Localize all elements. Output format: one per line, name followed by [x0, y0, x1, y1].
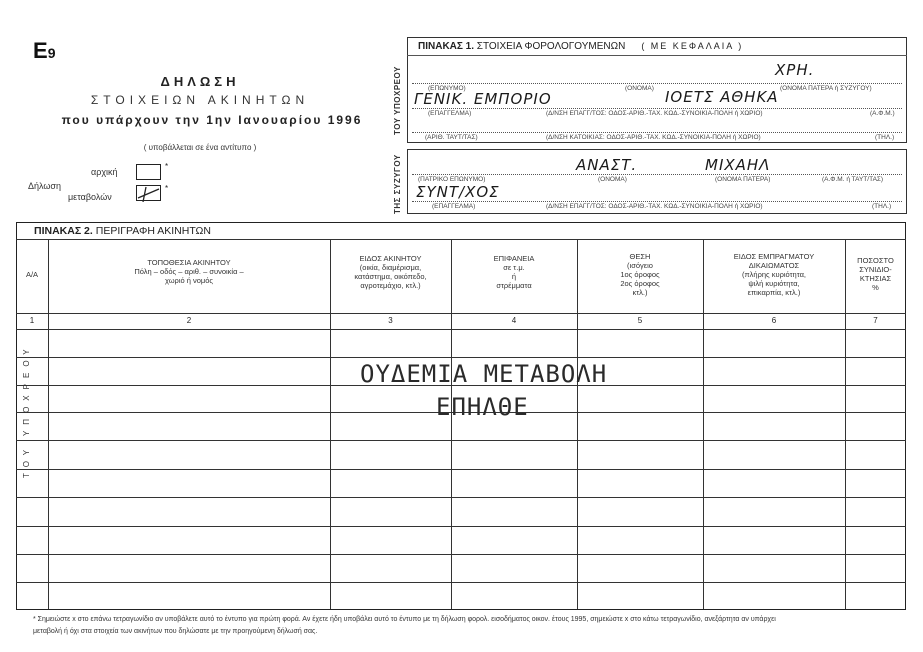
header-line: επικαρπία, κτλ.): [703, 288, 845, 297]
header-line: Πόλη – οδός – αριθ. – συνοικία –: [48, 267, 330, 276]
header-line: σε τ.μ.: [451, 263, 577, 272]
table-row-divider: [16, 554, 906, 555]
caption-name: (ΟΝΟΜΑ): [625, 85, 654, 92]
caption-spouse-name: (ΟΝΟΜΑ): [598, 176, 627, 183]
header-line: ΣΥΝΙΔΙΟ-: [845, 265, 906, 274]
taxpayer-side-label: ΤΟΥ ΥΠΟΧΡΕΟΥ: [393, 66, 402, 135]
column-header-right-type: ΕΙΔΟΣ ΕΜΠΡΑΓΜΑΤΟΥ ΔΙΚΑΙΩΜΑΤΟΣ (πλήρης κυ…: [703, 252, 845, 297]
handwritten-profession[interactable]: ΓΕΝΙΚ. ΕΜΠΟΡΙΟ: [414, 90, 552, 108]
handwritten-spouse-father[interactable]: ΜΙΧΑΗΛ: [705, 156, 770, 174]
header-line: %: [845, 283, 906, 292]
handwritten-address[interactable]: ΙΟΕΤΣ ΑΘΗΚΑ: [665, 88, 779, 106]
submission-note: ( υποβάλλεται σε ένα αντίτυπο ): [0, 143, 400, 152]
table2-title-text: ΠΕΡΙΓΡΑΦΗ ΑΚΙΝΗΤΩΝ: [96, 225, 211, 237]
table1-title: ΠΙΝΑΚΑΣ 1. ΣΤΟΙΧΕΙΑ ΦΟΡΟΛΟΓΟΥΜΕΝΩΝ( ΜΕ Κ…: [418, 41, 743, 52]
handwritten-spouse-profession[interactable]: ΣΥΝΤ/ΧΟΣ: [416, 183, 500, 201]
caption-profession: (ΕΠΑΓΓΕΛΜΑ): [428, 110, 471, 117]
header-line: ΠΟΣΟΣΤΟ: [845, 256, 906, 265]
field-line: [412, 201, 902, 202]
field-line: [412, 83, 902, 84]
table1-title-number: ΠΙΝΑΚΑΣ 1.: [418, 41, 474, 52]
column-header-property-type: ΕΙΔΟΣ ΑΚΙΝΗΤΟΥ (οικία, διαμέρισμα, κατάσ…: [330, 254, 451, 290]
spouse-side-label: ΤΗΣ ΣΥΖΥΓΟΥ: [393, 154, 402, 214]
header-line: 1ος όροφος: [577, 270, 703, 279]
handwritten-spouse-name[interactable]: ΑΝΑΣΤ.: [576, 156, 637, 174]
header-line: ΤΟΠΟΘΕΣΙΑ ΑΚΙΝΗΤΟΥ: [48, 258, 330, 267]
form-code: E9: [33, 38, 55, 64]
field-line: [412, 108, 902, 109]
handwritten-father-name[interactable]: ΧΡΗ.: [775, 61, 814, 79]
caption-spouse-taxid: (Α.Φ.Μ. ή ΤΑΥΤ/ΤΑΣ): [822, 176, 883, 183]
declaration-label: Δήλωση: [28, 181, 61, 191]
column-number: 2: [48, 316, 330, 325]
caption-phone: (ΤΗΛ.): [875, 134, 894, 141]
header-line: στρέμματα: [451, 281, 577, 290]
caption-business-address: (Δ/ΝΣΗ ΕΠΑΓΓ/ΤΟΣ: ΟΔΟΣ-ΑΡΙΘ.-ΤΑΧ. ΚΩΔ.-Σ…: [546, 110, 763, 117]
caption-spouse-phone: (ΤΗΛ.): [872, 203, 891, 210]
caption-spouse-profession: (ΕΠΑΓΓΕΛΜΑ): [432, 203, 475, 210]
table-row-divider: [16, 582, 906, 583]
column-header-aa: Α/Α: [16, 270, 48, 279]
header-line: (πλήρης κυριότητα,: [703, 270, 845, 279]
option-changes-label: μεταβολών: [68, 192, 112, 202]
footnote-line2: μεταβολή ή όχι στα στοιχεία των ακινήτων…: [33, 626, 913, 638]
caption-father-or-spouse: (ΟΝΟΜΑ ΠΑΤΕΡΑ ή ΣΥΖΥΓΟΥ): [780, 85, 872, 92]
table-row-divider: [16, 497, 906, 498]
initial-declaration-checkbox[interactable]: [136, 164, 161, 180]
divider: [16, 329, 906, 330]
divider: [16, 239, 906, 240]
footnote-line1: * Σημειώστε x στο επάνω τετραγωνίδιο αν …: [33, 614, 913, 626]
header-line: κατάστημα, οικόπεδο,: [330, 272, 451, 281]
header-line: 2ος όροφος: [577, 279, 703, 288]
table2-title-number: ΠΙΝΑΚΑΣ 2.: [34, 225, 93, 237]
column-number: 7: [845, 316, 906, 325]
table-row-divider: [16, 357, 906, 358]
column-number: 5: [577, 316, 703, 325]
column-number: 6: [703, 316, 845, 325]
footnote-marker: *: [165, 162, 168, 171]
changes-declaration-checkbox[interactable]: [136, 185, 161, 201]
column-header-ownership-pct: ΠΟΣΟΣΤΟ ΣΥΝΙΔΙΟ- ΚΤΗΣΙΑΣ %: [845, 256, 906, 292]
caption-spouse-business-address: (Δ/ΝΣΗ ΕΠΑΓΓ/ΤΟΣ: ΟΔΟΣ-ΑΡΙΘ.-ΤΑΧ. ΚΩΔ.-Σ…: [546, 203, 763, 210]
caption-id-number: (ΑΡΙΘ. ΤΑΥΤ/ΤΑΣ): [425, 134, 478, 141]
table2-title: ΠΙΝΑΚΑΣ 2. ΠΕΡΙΓΡΑΦΗ ΑΚΙΝΗΤΩΝ: [34, 225, 211, 237]
form-subtitle: ΣΤΟΙΧΕΙΩΝ ΑΚΙΝΗΤΩΝ: [0, 93, 400, 107]
caption-spouse-father: (ΟΝΟΜΑ ΠΑΤΕΡΑ): [715, 176, 770, 183]
header-line: (ισόγειο: [577, 261, 703, 270]
column-header-area: ΕΠΙΦΑΝΕΙΑ σε τ.μ. ή στρέμματα: [451, 254, 577, 290]
stamp-no-change: ΟΥΔΕΜΙΑ ΜΕΤΑΒΟΛΗ: [360, 360, 607, 388]
field-line: [412, 174, 902, 175]
form-code-letter: E: [33, 38, 48, 63]
form-code-number: 9: [48, 45, 56, 61]
header-line: ΚΤΗΣΙΑΣ: [845, 274, 906, 283]
footnote-marker: *: [165, 184, 168, 193]
form-title: ΔΗΛΩΣΗ: [0, 74, 400, 89]
header-line: ΕΙΔΟΣ ΑΚΙΝΗΤΟΥ: [330, 254, 451, 263]
header-line: ΕΙΔΟΣ ΕΜΠΡΑΓΜΑΤΟΥ: [703, 252, 845, 261]
caption-tax-id: (Α.Φ.Μ.): [870, 110, 895, 117]
table1-title-note: ( ΜΕ ΚΕΦΑΛΑΙΑ ): [641, 41, 743, 51]
header-line: ΔΙΚΑΙΩΜΑΤΟΣ: [703, 261, 845, 270]
form-date-line: που υπάρχουν την 1ην Ιανουαρίου 1996: [32, 113, 392, 127]
column-header-position: ΘΕΣΗ (ισόγειο 1ος όροφος 2ος όροφος κτλ.…: [577, 252, 703, 297]
table-row-divider: [16, 469, 906, 470]
header-line: ΕΠΙΦΑΝΕΙΑ: [451, 254, 577, 263]
header-line: χωριό ή νομός: [48, 276, 330, 285]
table-row-divider: [16, 440, 906, 441]
header-line: (οικία, διαμέρισμα,: [330, 263, 451, 272]
divider: [16, 313, 906, 314]
column-number: 3: [330, 316, 451, 325]
column-number: 1: [16, 316, 48, 325]
caption-home-address: (Δ/ΝΣΗ ΚΑΤΟΙΚΙΑΣ: ΟΔΟΣ-ΑΡΙΘ.-ΤΑΧ. ΚΩΔ.-Σ…: [546, 134, 761, 141]
header-line: ψιλή κυριότητα,: [703, 279, 845, 288]
caption-maiden-name: (ΠΑΤΡΙΚΟ ΕΠΩΝΥΜΟ): [418, 176, 485, 183]
header-line: αγροτεμάχιο, κτλ.): [330, 281, 451, 290]
divider: [407, 55, 907, 56]
table2-side-label: ΤΟΥ ΥΠΟΧΡΕΟΥ: [22, 343, 31, 478]
column-number: 4: [451, 316, 577, 325]
field-line: [412, 132, 902, 133]
header-line: ή: [451, 272, 577, 281]
table1-title-text: ΣΤΟΙΧΕΙΑ ΦΟΡΟΛΟΓΟΥΜΕΝΩΝ: [477, 41, 626, 52]
column-header-location: ΤΟΠΟΘΕΣΙΑ ΑΚΙΝΗΤΟΥ Πόλη – οδός – αριθ. –…: [48, 258, 330, 285]
option-initial-label: αρχική: [91, 167, 118, 177]
header-line: κτλ.): [577, 288, 703, 297]
table-row-divider: [16, 526, 906, 527]
header-line: ΘΕΣΗ: [577, 252, 703, 261]
check-mark-icon: [137, 186, 161, 202]
stamp-occurred: ΕΠΗΛΘΕ: [436, 393, 529, 421]
